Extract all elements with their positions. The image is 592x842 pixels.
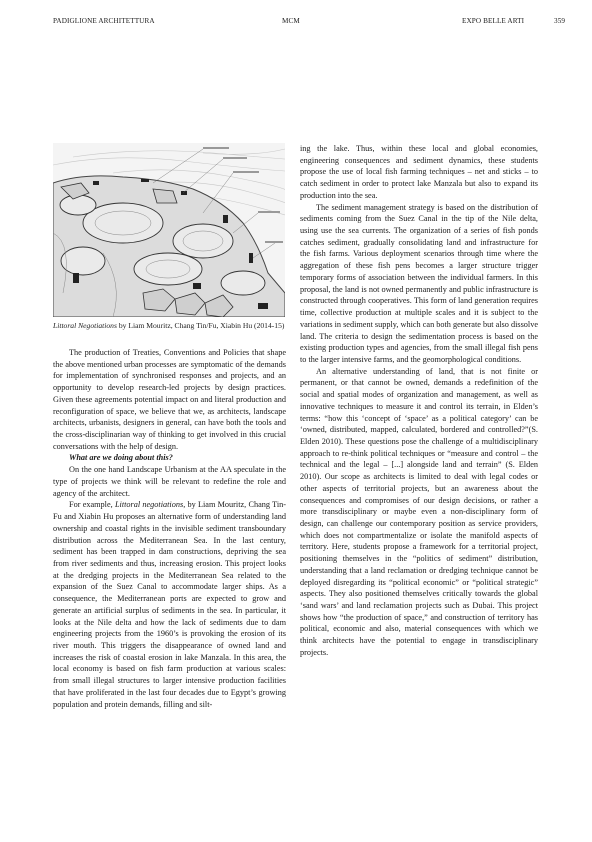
header-center-label: MCM [282,17,300,25]
axonometric-drawing-image [53,143,285,317]
paragraph-continued: ing the lake. Thus, within these local a… [300,143,538,202]
paragraph-lead: For example, [69,500,115,509]
header-section-title: PADIGLIONE ARCHITETTURA [53,17,155,25]
left-text-column: The production of Treaties, Conventions … [53,347,286,710]
project-title-italic: Littoral negotiations [115,500,183,509]
caption-credits: by Liam Mouritz, Chang Tin/Fu, Xiabin Hu… [117,321,284,330]
section-question: What are we doing about this? [53,452,286,464]
page-number: 359 [554,17,565,25]
paragraph: An alternative understanding of land, th… [300,366,538,659]
paragraph-body: , by Liam Mouritz, Chang Tin-Fu and Xiab… [53,500,286,708]
header-publication-title: EXPO BELLE ARTI [462,17,524,25]
figure-drawing [53,143,285,317]
paragraph: The sediment management strategy is base… [300,202,538,366]
paragraph: For example, Littoral negotiations, by L… [53,499,286,710]
right-text-column: ing the lake. Thus, within these local a… [300,143,538,659]
figure-caption: Littoral Negotiations by Liam Mouritz, C… [53,321,293,330]
paragraph: On the one hand Landscape Urbanism at th… [53,464,286,499]
paragraph: The production of Treaties, Conventions … [53,347,286,452]
caption-project-title: Littoral Negotiations [53,321,117,330]
